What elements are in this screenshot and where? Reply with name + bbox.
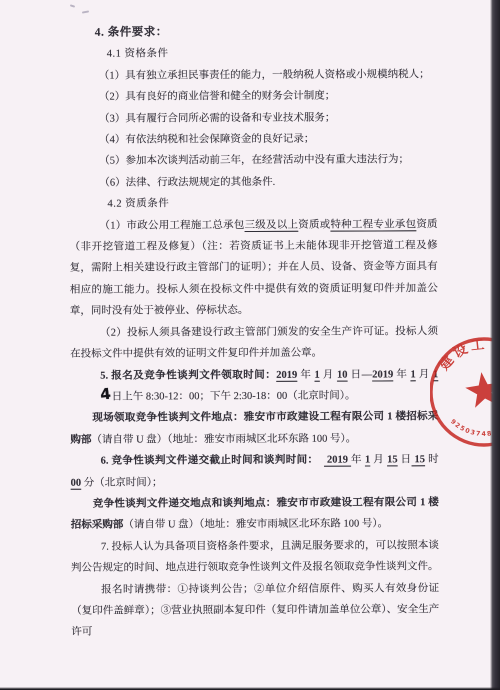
registration-checklist-paragraph: 报名时请携带：①持谈判公告；②单位介绍信原件、购买人有效身份证（复印件盖鲜章）；… xyxy=(71,578,439,644)
submission-location-label: 竞争性谈判文件递交地点和谈判地点： xyxy=(93,498,277,510)
clause-6-deadline: 6. 竞争性谈判文件递交截止时间和谈判时间： 2019 年 1 月 15 日 1… xyxy=(71,449,439,493)
deadline-day: 15 xyxy=(387,454,398,465)
qualification-item-2: （2）具有良好的商业信誉和健全的财务会计制度； xyxy=(69,85,437,108)
date-text: 年 xyxy=(393,369,410,380)
qualification-item-1: （1）具有独立承担民事责任的能力，一般纳税人资格或小规模纳税人； xyxy=(69,64,437,87)
date-text: 年 xyxy=(297,369,314,380)
credential-1-text: （1）市政公用工程施工总承包 xyxy=(100,220,245,232)
date-year-2: 2019 xyxy=(372,369,393,380)
credential-1-underlined-grade: 三级及以上 xyxy=(245,219,299,230)
qualification-item-5: （5）参加本次谈判活动前三年，在经营活动中没有重大违法行为； xyxy=(69,150,437,173)
date-text: 月 xyxy=(320,369,337,380)
clause-7-paragraph: 7. 投标人认为具备项目资格条件要求，且满足服务要求的，可以按照本谈判公告规定的… xyxy=(71,535,439,579)
scan-edge-right xyxy=(490,0,500,690)
clause-6-label: 6. 竞争性谈判文件递交截止时间和谈判时间： xyxy=(101,455,314,467)
clause-5-hours: 上午 8:30-12：00；下午 2:30-18：00（北京时间）。 xyxy=(122,390,355,402)
scanned-document-page: 4. 条件要求： 4.1 资格条件 （1）具有独立承担民事责任的能力，一般纳税人… xyxy=(0,0,500,690)
credential-item-1: （1）市政公用工程施工总承包三级及以上资质或特种工程专业承包资质（非开挖管道工程… xyxy=(69,214,437,323)
handwritten-4-correction: 4 xyxy=(70,388,111,402)
gap-space xyxy=(313,455,324,466)
date-day-1: 10 xyxy=(337,369,348,380)
date-text: 月 xyxy=(370,455,387,466)
date-year-1: 2019 xyxy=(276,369,297,380)
pickup-location-address: （请自带 U 盘）（地址：雅安市雨城区北环东路 100 号）。 xyxy=(91,433,356,445)
clause-5-label: 5. 报名及竞争性谈判文件领取时间： xyxy=(100,369,276,381)
section-4-title: 4. 条件要求： xyxy=(69,21,437,44)
section-4-1-title: 4.1 资格条件 xyxy=(69,43,437,66)
date-text: 年 xyxy=(351,455,365,466)
date-text: 分（北京时间）； xyxy=(81,477,162,488)
submission-location-address: （请自带 U 盘）（地址：雅安市雨城区北环东路 100 号）。 xyxy=(123,519,388,531)
clause-5-registration-time: 5. 报名及竞争性谈判文件领取时间：2019 年 1 月 10 日—2019 年… xyxy=(70,364,438,408)
qualification-item-3: （3）具有履行合同所必需的设备和专业技术服务； xyxy=(69,107,437,130)
submission-location-paragraph: 竞争性谈判文件递交地点和谈判地点：雅安市市政建设工程有限公司 1 楼招标采购部（… xyxy=(71,492,439,536)
date-text: 日 xyxy=(112,391,123,402)
deadline-hour: 15 xyxy=(412,454,426,465)
qualification-item-6: （6）法律、行政法规规定的其他条件. xyxy=(69,171,437,194)
deadline-year: 2019 xyxy=(324,455,351,466)
qualification-item-4: （4）有依法纳税和社会保障资金的良好记录； xyxy=(69,128,437,151)
credential-1-text: 资质（非开挖管道工程及修复）（注：若资质证书上未能体现非开挖管道工程及修复，需附… xyxy=(70,219,438,317)
document-body: 4. 条件要求： 4.1 资格条件 （1）具有独立承担民事责任的能力，一般纳税人… xyxy=(69,21,440,643)
date-text: 日 xyxy=(398,454,412,465)
credential-1-text: 资质或 xyxy=(298,219,330,230)
pickup-location-paragraph: 现场领取竞争性谈判文件地点：雅安市市政建设工程有限公司 1 楼招标采购部（请自带… xyxy=(70,407,438,451)
deadline-minute: 00 xyxy=(71,477,82,488)
credential-1-underlined-special: 特种工程专业承包 xyxy=(330,219,416,230)
pickup-location-label: 现场领取竞争性谈判文件地点： xyxy=(92,412,243,424)
pen-scribble-marks xyxy=(68,4,98,18)
credential-item-2: （2）投标人须具备建设行政主管部门颁发的安全生产许可证。投标人须在投标文件中提供… xyxy=(70,321,438,365)
section-4-2-title: 4.2 资质条件 xyxy=(69,192,437,215)
date-text: 日— xyxy=(348,369,373,380)
seal-arc-label: 建设工 xyxy=(436,336,488,372)
